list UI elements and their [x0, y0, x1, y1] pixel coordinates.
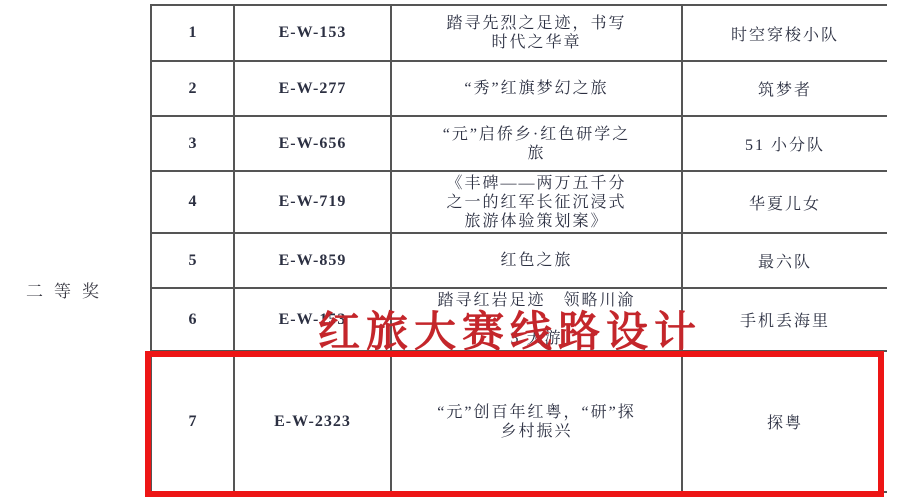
rank-cell: 4 — [152, 172, 235, 232]
highlight-box — [145, 351, 884, 497]
rank-cell: 3 — [152, 117, 235, 170]
document-page: 二等奖 1 E-W-153 踏寻先烈之足迹，书写 时代之华章 时空穿梭小队 2 … — [0, 0, 900, 500]
rank-cell: 6 — [152, 289, 235, 350]
team-cell: 最六队 — [683, 234, 887, 287]
table-row: 3 E-W-656 “元”启侨乡·红色研学之 旅 51 小分队 — [152, 117, 887, 172]
route-line: 红色之旅 — [500, 251, 572, 270]
route-cell: 踏寻先烈之足迹，书写 时代之华章 — [392, 6, 683, 60]
rank-cell: 2 — [152, 62, 235, 115]
route-line: 旅游体验策划案》 — [464, 212, 608, 231]
table-row: 2 E-W-277 “秀”红旗梦幻之旅 筑梦者 — [152, 62, 887, 117]
route-cell: “元”启侨乡·红色研学之 旅 — [392, 117, 683, 170]
route-line: “秀”红旗梦幻之旅 — [464, 79, 608, 98]
code-cell: E-W-277 — [235, 62, 392, 115]
table-row: 5 E-W-859 红色之旅 最六队 — [152, 234, 887, 289]
table-row: 4 E-W-719 《丰碑——两万五千分 之一的红军长征沉浸式 旅游体验策划案》… — [152, 172, 887, 234]
team-cell: 时空穿梭小队 — [683, 6, 887, 60]
prize-label: 二等奖 — [26, 277, 110, 302]
route-line: 踏寻先烈之足迹，书写 — [446, 14, 626, 33]
team-cell: 51 小分队 — [683, 117, 887, 170]
route-cell: 《丰碑——两万五千分 之一的红军长征沉浸式 旅游体验策划案》 — [392, 172, 683, 232]
route-line: 旅 — [527, 144, 545, 163]
code-cell: E-W-859 — [235, 234, 392, 287]
code-cell: E-W-153 — [235, 6, 392, 60]
team-cell: 筑梦者 — [683, 62, 887, 115]
route-cell: “秀”红旗梦幻之旅 — [392, 62, 683, 115]
route-cell: 红色之旅 — [392, 234, 683, 287]
code-cell: E-W-719 — [235, 172, 392, 232]
team-cell: 手机丢海里 — [683, 289, 887, 350]
watermark-text: 红旅大赛线路设计 — [318, 299, 702, 359]
route-line: 《丰碑——两万五千分 — [446, 174, 626, 193]
route-line: 时代之华章 — [491, 33, 581, 52]
rank-cell: 1 — [152, 6, 235, 60]
table-row: 1 E-W-153 踏寻先烈之足迹，书写 时代之华章 时空穿梭小队 — [152, 6, 887, 62]
route-line: “元”启侨乡·红色研学之 — [443, 125, 631, 144]
rank-cell: 5 — [152, 234, 235, 287]
code-cell: E-W-656 — [235, 117, 392, 170]
team-cell: 华夏儿女 — [683, 172, 887, 232]
route-line: 之一的红军长征沉浸式 — [446, 193, 626, 212]
